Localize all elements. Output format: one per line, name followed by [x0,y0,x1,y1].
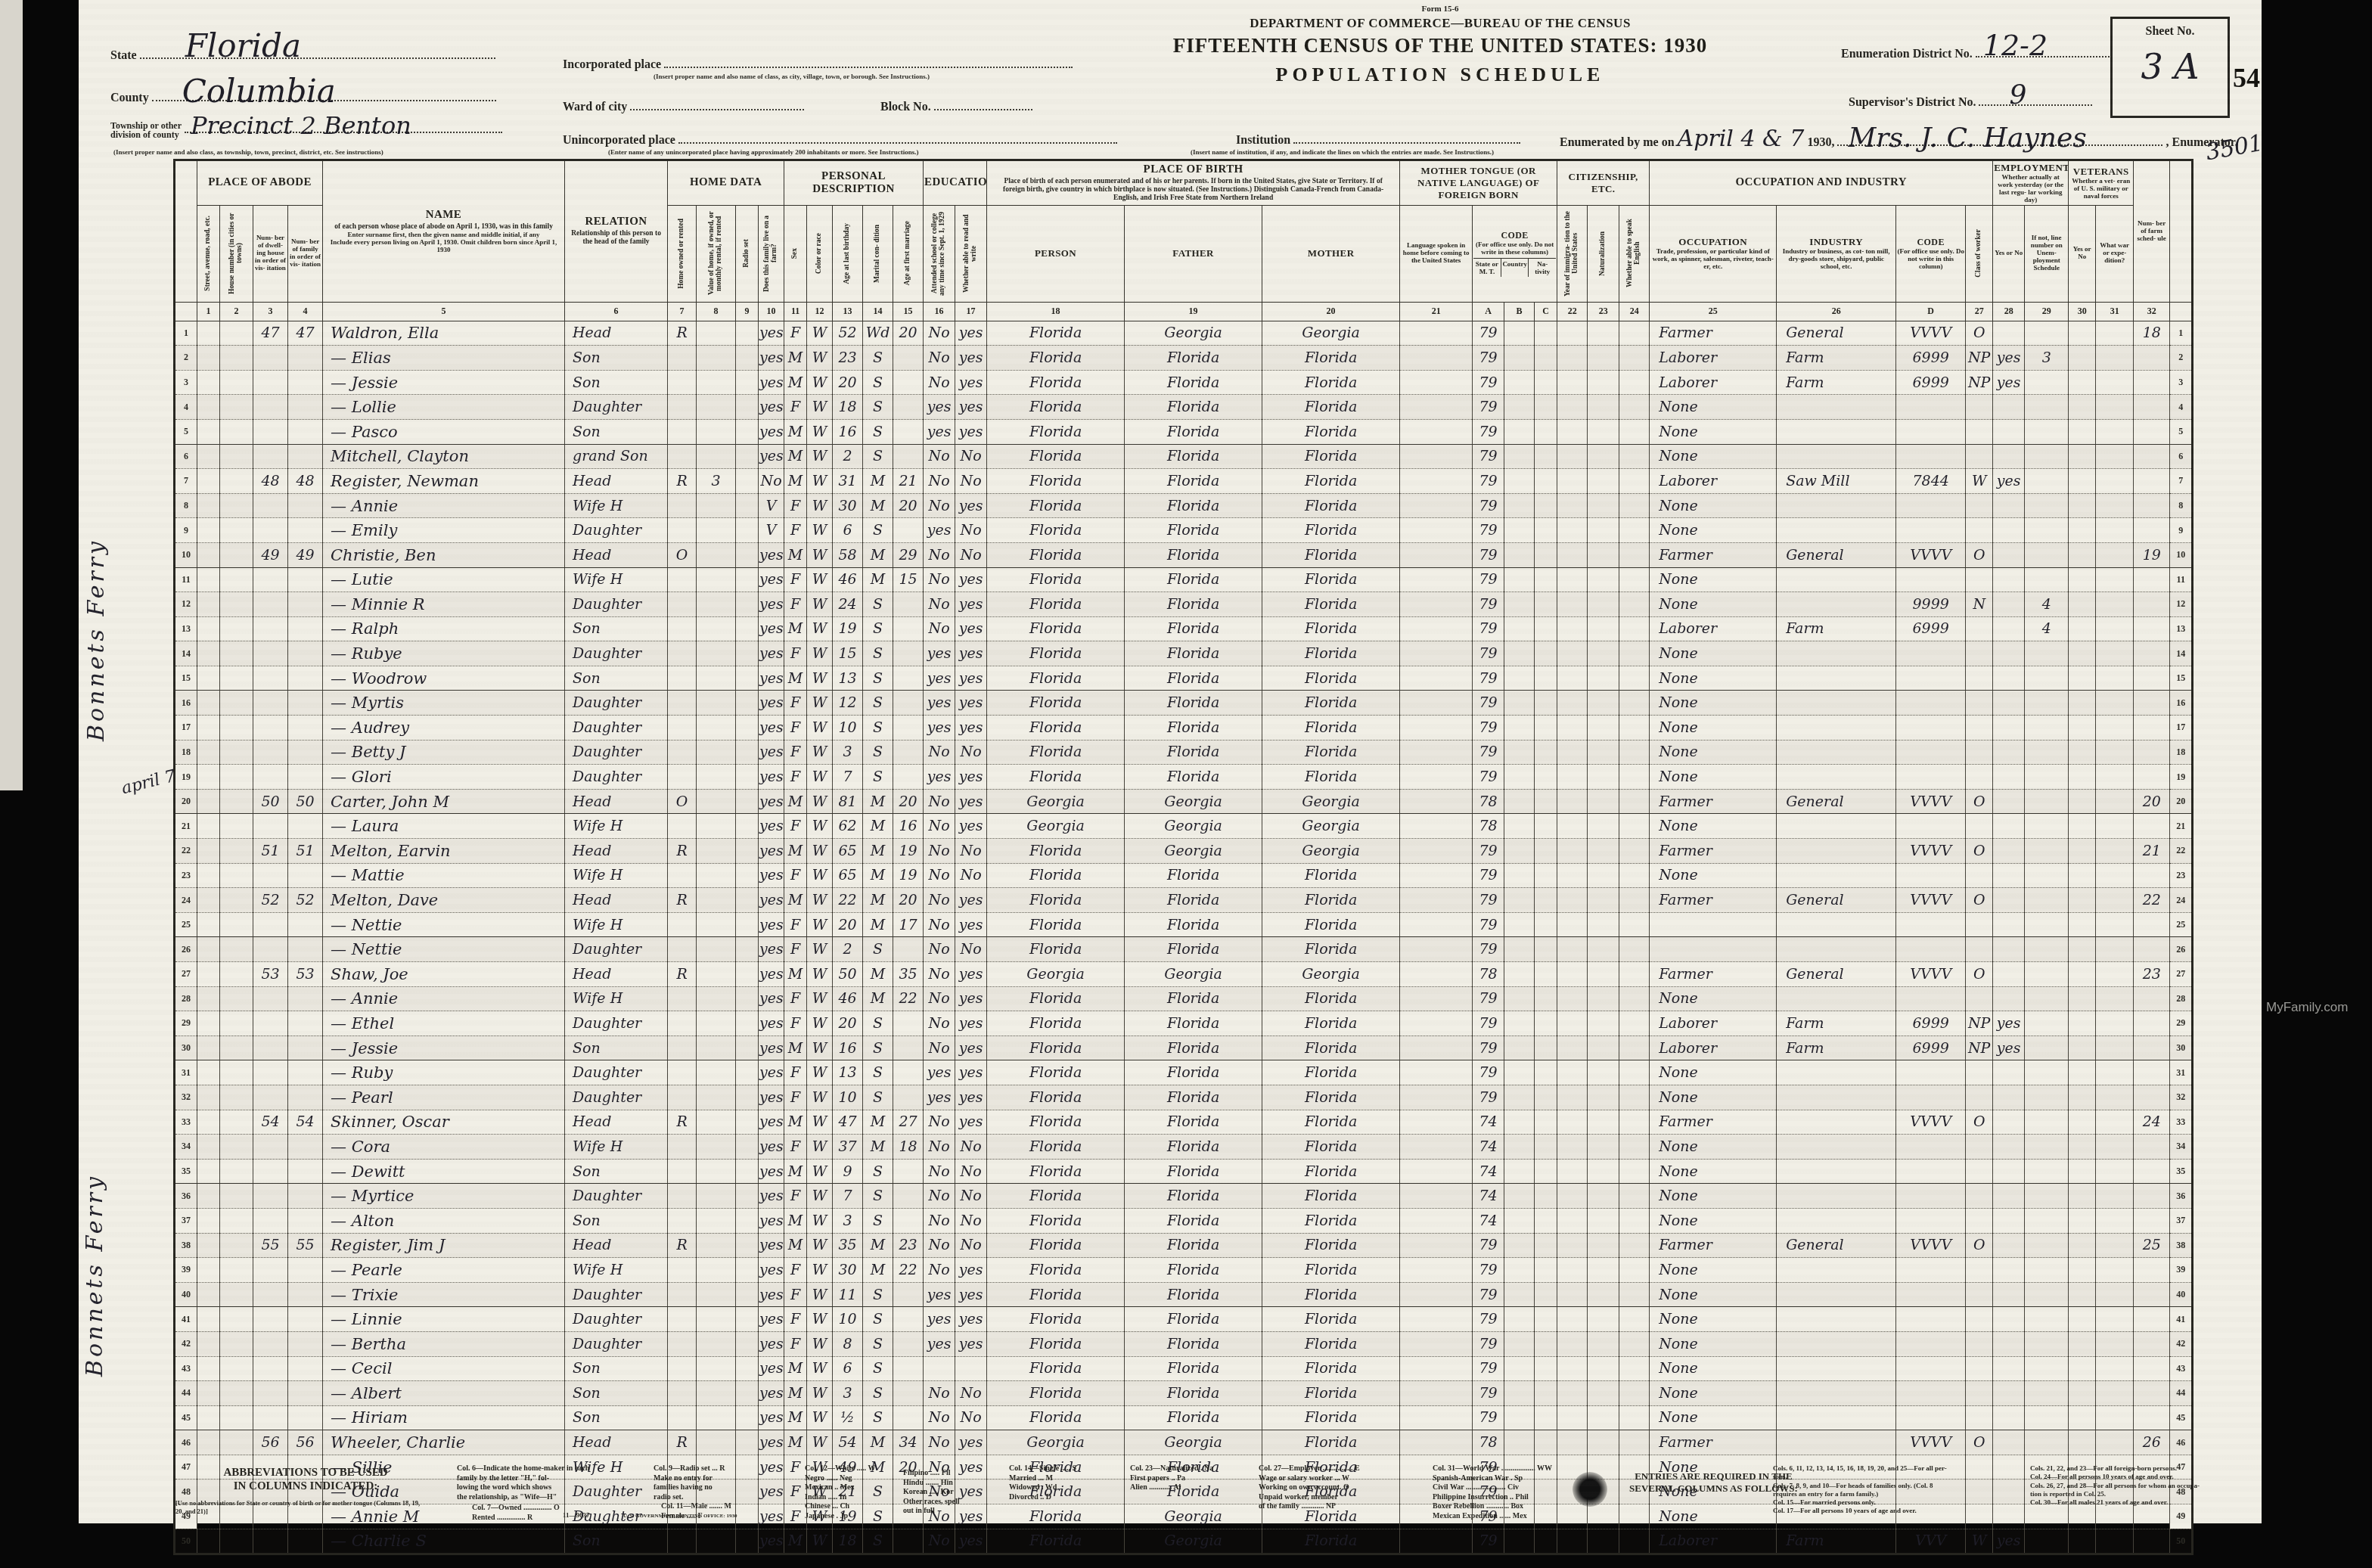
cell-vet [2069,863,2096,888]
cell-sex: M [784,1529,807,1554]
col-naturalization: Naturalization [1588,205,1619,302]
cell-nat [1588,1085,1619,1110]
cell-race: W [807,888,833,913]
cell-fs: 18 [2134,321,2170,346]
cell-n: 8 [2170,493,2193,518]
cell-sch: No [924,839,955,864]
cell-race: W [807,542,833,567]
cell-bf: Florida [1125,1060,1262,1085]
cell-sch: No [924,1184,955,1209]
cell-sex: M [784,419,807,444]
col-worked-yesterday: Yes or No [1993,205,2025,302]
cell-name: — Lollie [323,395,565,420]
cell-mar: M [863,814,893,839]
cell-bm: Florida [1262,1307,1400,1332]
cell-house [220,1258,253,1283]
cell-nat [1588,1356,1619,1381]
cell-val [697,321,736,346]
cell-race: W [807,986,833,1011]
cell-codeD [1896,986,1966,1011]
cell-age: 7 [833,1184,863,1209]
col-age-married: Age at first marriage [893,205,924,302]
cell-n: 43 [175,1356,197,1381]
cell-home [668,641,697,666]
cell-n: 29 [175,1011,197,1036]
cell-home [668,716,697,741]
cell-radio [736,1184,759,1209]
cell-codeB [1504,1307,1535,1332]
cell-fam [288,1135,323,1160]
cell-codeB [1504,1233,1535,1258]
institution-field: Institution [1236,130,1520,147]
column-number-A: A [1473,302,1504,321]
cell-imm [1557,1159,1588,1184]
cell-codeC [1535,444,1557,469]
cell-eng [1619,888,1650,913]
cell-n: 13 [2170,616,2193,641]
cell-fs: 23 [2134,962,2170,987]
cell-fam [288,937,323,962]
cell-house [220,740,253,765]
cell-nat [1588,888,1619,913]
cell-bm: Florida [1262,1331,1400,1356]
cell-fam: 49 [288,542,323,567]
cell-war [2096,962,2134,987]
cell-age: 58 [833,542,863,567]
ward-field: Ward of city [563,97,804,114]
cell-l29 [2025,1430,2069,1455]
cell-bf: Florida [1125,616,1262,641]
cell-occ: Laborer [1650,370,1777,395]
cell-n: 39 [175,1258,197,1283]
cell-street [197,395,220,420]
cell-imm [1557,1405,1588,1430]
cell-age: 13 [833,1060,863,1085]
cell-lang [1400,962,1473,987]
cell-codeD: VVVV [1896,1110,1966,1135]
cell-street [197,1529,220,1554]
cell-val [697,641,736,666]
cell-bf: Florida [1125,888,1262,913]
schedule-row-6: 6Mitchell, Claytongrand SonyesMW2SNoNoFl… [175,444,2193,469]
cell-bp: Georgia [987,1430,1125,1455]
cell-codeA: 79 [1473,567,1504,592]
schedule-row-39: 39— PearleWife HyesFW30M22NoyesFloridaFl… [175,1258,2193,1283]
cell-sex: M [784,789,807,814]
cell-codeC [1535,1331,1557,1356]
cell-codeB [1504,814,1535,839]
cell-val [697,1356,736,1381]
cell-sex: M [784,1233,807,1258]
schedule-row-41: 41— LinnieDaughteryesFW10SyesyesFloridaF… [175,1307,2193,1332]
cell-val [697,1208,736,1233]
cell-occ: None [1650,1282,1777,1307]
cell-vet [2069,1430,2096,1455]
cell-bp: Florida [987,567,1125,592]
cell-work [1993,1135,2025,1160]
cell-n: 50 [175,1529,197,1554]
cell-work [1993,616,2025,641]
cell-lang [1400,567,1473,592]
cell-sex: F [784,1307,807,1332]
cell-l29 [2025,321,2069,346]
cell-n: 42 [175,1331,197,1356]
cell-occ: Laborer [1650,1036,1777,1060]
cell-bp: Florida [987,370,1125,395]
cell-bm: Florida [1262,1159,1400,1184]
schedule-row-11: 11— LutieWife HyesFW46M15NoyesFloridaFlo… [175,567,2193,592]
schedule-row-20: 205050Carter, John MHeadOyesMW81M20Noyes… [175,789,2193,814]
cell-codeA: 79 [1473,444,1504,469]
cell-fs [2134,1529,2170,1554]
enumerator-name: Mrs. J. C. Haynes [1848,123,2086,154]
cell-bm: Florida [1262,863,1400,888]
cell-bf: Florida [1125,1159,1262,1184]
cell-imm [1557,740,1588,765]
cell-codeB [1504,1036,1535,1060]
cell-rel: Wife H [565,1258,668,1283]
cell-dw [253,691,288,716]
cell-bp: Florida [987,1405,1125,1430]
cell-codeD [1896,814,1966,839]
cell-name: — Alton [323,1208,565,1233]
cell-rel: Daughter [565,641,668,666]
cell-radio [736,1529,759,1554]
cell-dw [253,1135,288,1160]
cell-vet [2069,444,2096,469]
cell-n: 30 [2170,1036,2193,1060]
cell-farm: yes [759,912,784,937]
schedule-row-34: 34— CoraWife HyesFW37M18NoNoFloridaFlori… [175,1135,2193,1160]
cell-fs: 21 [2134,839,2170,864]
footer-abbreviations: ABBREVIATIONS TO BE USED IN COLUMNS INDI… [79,1464,2262,1522]
cell-codeA: 79 [1473,691,1504,716]
cell-nat [1588,1110,1619,1135]
cell-vet [2069,641,2096,666]
ink-smudge [1573,1472,1607,1507]
cell-ind [1777,641,1896,666]
cell-eng [1619,814,1650,839]
cell-codeD: 6999 [1896,346,1966,371]
cell-home [668,567,697,592]
cell-bm: Florida [1262,912,1400,937]
cell-rw: yes [955,716,987,741]
cell-age: 3 [833,1208,863,1233]
cell-home [668,1307,697,1332]
schedule-row-2: 2— EliasSonyesMW23SNoyesFloridaFloridaFl… [175,346,2193,371]
cell-war [2096,616,2134,641]
cell-vet [2069,986,2096,1011]
cell-bf: Florida [1125,740,1262,765]
cell-bf: Florida [1125,716,1262,741]
cell-sex: M [784,1356,807,1381]
enumerated-year: 1930, [1807,136,1834,149]
cell-street [197,1331,220,1356]
column-number-31: 31 [2096,302,2134,321]
cell-nat [1588,765,1619,790]
cell-rw: No [955,1381,987,1406]
cell-l29 [2025,1060,2069,1085]
cell-name: — Cecil [323,1356,565,1381]
cell-home [668,1085,697,1110]
cell-sch: No [924,1159,955,1184]
cell-codeC [1535,888,1557,913]
cell-nat [1588,1430,1619,1455]
cell-bm: Georgia [1262,839,1400,864]
cell-work [1993,1405,2025,1430]
cell-home: R [668,1233,697,1258]
incorporated-field: Incorporated place [563,54,1073,72]
cell-l29 [2025,1135,2069,1160]
cell-rw: yes [955,1011,987,1036]
cell-vet [2069,395,2096,420]
cell-mar: S [863,1036,893,1060]
cell-rw: yes [955,691,987,716]
enumerated-date: April 4 & 7 [1678,126,1805,152]
schedule-row-26: 26— NettieDaughteryesFW2SNoNoFloridaFlor… [175,937,2193,962]
cell-codeC [1535,740,1557,765]
cell-n: 35 [175,1159,197,1184]
cell-rel: Wife H [565,912,668,937]
cell-nat [1588,370,1619,395]
cell-bp: Florida [987,1208,1125,1233]
cell-ind [1777,716,1896,741]
cell-agem: 27 [893,1110,924,1135]
cell-n: 27 [175,962,197,987]
cell-work: yes [1993,1036,2025,1060]
cell-bm: Florida [1262,493,1400,518]
cell-agem [893,1405,924,1430]
cell-ind [1777,1135,1896,1160]
cell-vet [2069,937,2096,962]
cell-codeA: 79 [1473,1307,1504,1332]
col-code-state: State or M. T. [1473,259,1501,277]
cell-dw [253,1085,288,1110]
schedule-row-7: 74848Register, NewmanHeadR3NoMW31M21NoNo… [175,469,2193,494]
cell-race: W [807,1233,833,1258]
cell-war [2096,1060,2134,1085]
cell-dw: 48 [253,469,288,494]
cell-war [2096,666,2134,691]
cell-n: 29 [2170,1011,2193,1036]
column-number-20: 20 [1262,302,1400,321]
cell-bp: Florida [987,592,1125,617]
group-education: EDUCATION [924,160,987,206]
cell-mar: S [863,740,893,765]
col-home-owned: Home owned or rented [668,205,697,302]
cell-bp: Georgia [987,962,1125,987]
cell-bm: Florida [1262,370,1400,395]
cell-fs: 24 [2134,1110,2170,1135]
cell-nat [1588,616,1619,641]
cell-l29 [2025,419,2069,444]
cell-eng [1619,666,1650,691]
cell-n: 44 [2170,1381,2193,1406]
cell-radio [736,1356,759,1381]
cell-sex: M [784,444,807,469]
cell-imm [1557,814,1588,839]
cell-codeA: 79 [1473,542,1504,567]
cell-name: Waldron, Ella [323,321,565,346]
cell-n: 30 [175,1036,197,1060]
cell-street [197,986,220,1011]
cell-rw: yes [955,1307,987,1332]
cell-codeC [1535,912,1557,937]
cell-l29 [2025,1282,2069,1307]
cell-codeA: 79 [1473,765,1504,790]
cell-cls [1966,616,1993,641]
cell-name: — Myrtis [323,691,565,716]
cell-codeC [1535,1307,1557,1332]
scanned-census-sheet: State Florida County Columbia Township o… [0,0,2372,1568]
cell-name: — Betty J [323,740,565,765]
cell-street [197,346,220,371]
cell-imm [1557,616,1588,641]
cell-l29 [2025,1085,2069,1110]
cell-mar: M [863,567,893,592]
cell-sch: No [924,1208,955,1233]
cell-codeD [1896,567,1966,592]
cell-n: 18 [2170,740,2193,765]
cell-val [697,814,736,839]
cell-house [220,1529,253,1554]
cell-bm: Florida [1262,1208,1400,1233]
cell-home [668,518,697,543]
cell-nat [1588,691,1619,716]
cell-rw: yes [955,1529,987,1554]
cell-bp: Florida [987,1135,1125,1160]
abbrev-note: [Use no abbreviations for State or count… [175,1499,425,1515]
cell-age: 20 [833,370,863,395]
cell-house [220,1356,253,1381]
cell-dw [253,1331,288,1356]
cell-n: 16 [2170,691,2193,716]
cell-codeD: VVVV [1896,839,1966,864]
col-color-race: Color or race [807,205,833,302]
cell-mar: M [863,542,893,567]
cell-dw: 47 [253,321,288,346]
cell-fam [288,1282,323,1307]
cell-codeB [1504,863,1535,888]
cell-dw [253,814,288,839]
schedule-row-22: 225151Melton, EarvinHeadRyesMW65M19NoNoF… [175,839,2193,864]
cell-sch: No [924,1135,955,1160]
cell-name: Register, Newman [323,469,565,494]
cell-codeC [1535,641,1557,666]
cell-codeD: VVVV [1896,1430,1966,1455]
cell-vet [2069,1085,2096,1110]
cell-sex: F [784,1135,807,1160]
cell-ind [1777,937,1896,962]
cell-sex: M [784,1036,807,1060]
cell-vet [2069,962,2096,987]
cell-mar: M [863,469,893,494]
cell-bp: Florida [987,666,1125,691]
cell-codeD: VVVV [1896,321,1966,346]
cell-ind: General [1777,321,1896,346]
cell-ind: Farm [1777,1011,1896,1036]
cell-race: W [807,592,833,617]
cell-cls: O [1966,789,1993,814]
cell-codeD: VVVV [1896,888,1966,913]
col-class-of-worker: Class of worker [1966,205,1993,302]
cell-bp: Florida [987,691,1125,716]
cell-lang [1400,986,1473,1011]
column-number-19: 19 [1125,302,1262,321]
cell-fs: 22 [2134,888,2170,913]
cell-house [220,346,253,371]
cell-work [1993,567,2025,592]
cell-rw: yes [955,370,987,395]
cell-dw [253,1011,288,1036]
cell-house [220,1233,253,1258]
cell-codeD [1896,863,1966,888]
cell-rw: yes [955,888,987,913]
cell-fs: 19 [2134,542,2170,567]
cell-radio [736,542,759,567]
block-label: Block No. [880,101,931,113]
cell-fam: 48 [288,469,323,494]
cell-work [1993,444,2025,469]
cell-rw: No [955,1233,987,1258]
cell-occ: None [1650,395,1777,420]
cell-rw: yes [955,1282,987,1307]
cell-war [2096,1208,2134,1233]
cell-dw [253,1282,288,1307]
cell-dw [253,1381,288,1406]
cell-agem [893,370,924,395]
cell-codeB [1504,469,1535,494]
column-number-7: 7 [668,302,697,321]
cell-l29 [2025,1381,2069,1406]
cell-fam: 52 [288,888,323,913]
cell-imm [1557,1282,1588,1307]
footer-col27: Col. 27—Employer ................ E Wage… [1259,1464,1360,1512]
cell-imm [1557,1381,1588,1406]
supervisor-district-field: Supervisor's District No. 9 [1849,92,2092,110]
cell-codeC [1535,1036,1557,1060]
cell-fam: 55 [288,1233,323,1258]
col-age: Age at last birthday [833,205,863,302]
cell-cls [1966,1356,1993,1381]
cell-farm: yes [759,789,784,814]
cell-age: 47 [833,1110,863,1135]
cell-imm [1557,912,1588,937]
cell-codeD: 6999 [1896,616,1966,641]
cell-ind: Farm [1777,1529,1896,1554]
cell-imm [1557,839,1588,864]
col-war-expedition: What war or expe- dition? [2096,205,2134,302]
cell-occ: Laborer [1650,616,1777,641]
cell-home: R [668,321,697,346]
group-place-of-birth: PLACE OF BIRTH Place of birth of each pe… [987,160,1400,206]
cell-fam [288,1036,323,1060]
cell-occ: None [1650,863,1777,888]
cell-codeA: 79 [1473,1085,1504,1110]
cell-occ: None [1650,1208,1777,1233]
cell-ind [1777,1430,1896,1455]
cell-home: R [668,839,697,864]
cell-farm: yes [759,1060,784,1085]
cell-occ: Laborer [1650,1529,1777,1554]
title-block: Form 15-6 DEPARTMENT OF COMMERCE—BUREAU … [1160,5,1720,86]
cell-farm: yes [759,370,784,395]
cell-vet [2069,1529,2096,1554]
cell-codeD [1896,937,1966,962]
cell-radio [736,1282,759,1307]
cell-l29 [2025,1184,2069,1209]
cell-war [2096,493,2134,518]
